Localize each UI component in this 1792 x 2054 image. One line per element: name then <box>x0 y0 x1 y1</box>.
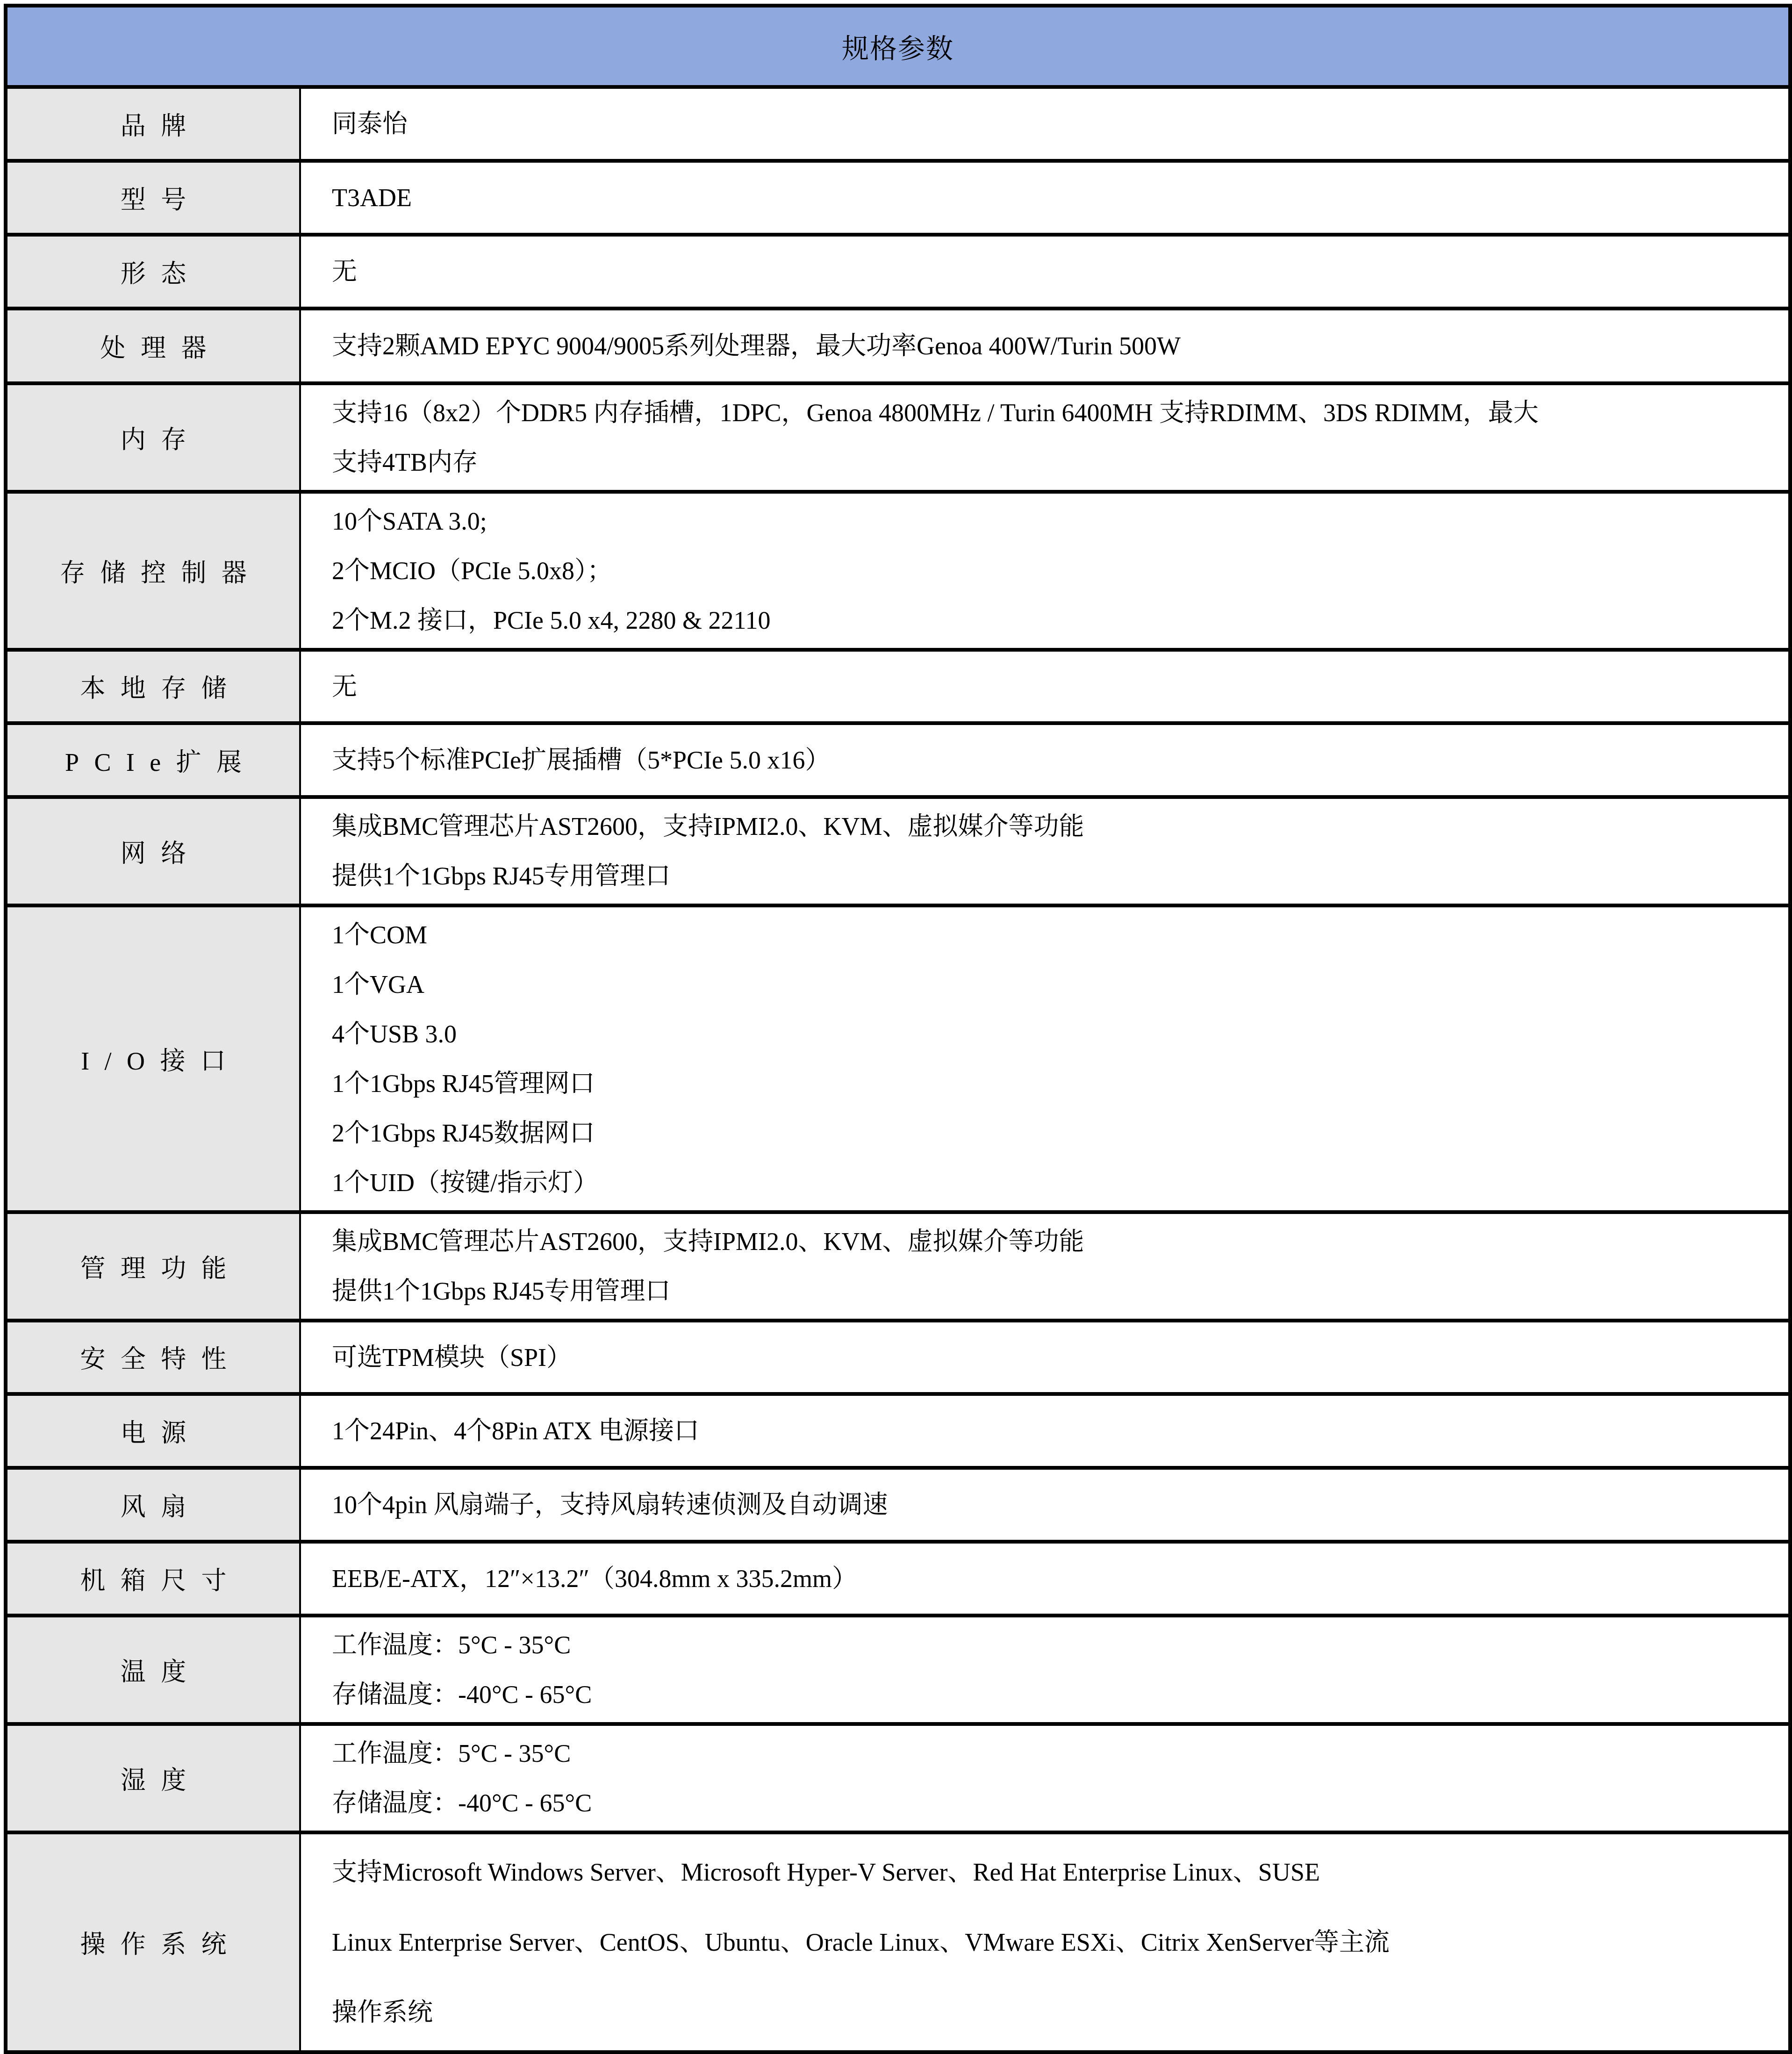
spec-value-line: Linux Enterprise Server、CentOS、Ubuntu、Or… <box>332 1907 1756 1977</box>
spec-value: 集成BMC管理芯片AST2600，支持IPMI2.0、KVM、虚拟媒介等功能提供… <box>300 797 1790 905</box>
spec-value: 可选TPM模块（SPI） <box>300 1321 1790 1394</box>
spec-row: I/O接口 1个COM1个VGA4个USB 3.01个1Gbps RJ45管理网… <box>6 905 1790 1212</box>
spec-value-line: 1个UID（按键/指示灯） <box>332 1158 1756 1207</box>
spec-label-text: 品牌 <box>121 112 201 140</box>
spec-value-line: 2个1Gbps RJ45数据网口 <box>332 1108 1756 1158</box>
spec-label-text: 电源 <box>121 1419 201 1447</box>
spec-value-line: 集成BMC管理芯片AST2600，支持IPMI2.0、KVM、虚拟媒介等功能 <box>332 1217 1756 1266</box>
spec-value-line: 存储温度：-40°C - 65°C <box>332 1670 1756 1719</box>
spec-row: 网络 集成BMC管理芯片AST2600，支持IPMI2.0、KVM、虚拟媒介等功… <box>6 797 1790 905</box>
spec-value-line: 2个MCIO（PCIe 5.0x8）； <box>332 546 1756 596</box>
spec-label: 电源 <box>6 1394 300 1468</box>
spec-row: 本地存储 无 <box>6 650 1790 723</box>
spec-row: 处理器 支持2颗AMD EPYC 9004/9005系列处理器，最大功率Geno… <box>6 309 1790 383</box>
spec-value: 10个SATA 3.0;2个MCIO（PCIe 5.0x8）；2个M.2 接口，… <box>300 492 1790 650</box>
spec-label: 网络 <box>6 797 300 905</box>
spec-value-line: 1个VGA <box>332 960 1756 1009</box>
spec-row: 湿度 工作温度：5°C - 35°C存储温度：-40°C - 65°C <box>6 1724 1790 1832</box>
spec-label: 湿度 <box>6 1724 300 1832</box>
spec-row: 安全特性 可选TPM模块（SPI） <box>6 1321 1790 1394</box>
spec-value-line: 无 <box>332 247 1756 296</box>
spec-value-line: 工作温度：5°C - 35°C <box>332 1620 1756 1670</box>
spec-value: 工作温度：5°C - 35°C存储温度：-40°C - 65°C <box>300 1616 1790 1724</box>
spec-value: 支持16（8x2）个DDR5 内存插槽，1DPC，Genoa 4800MHz /… <box>300 383 1790 492</box>
spec-value: T3ADE <box>300 161 1790 235</box>
spec-value-line: 支持16（8x2）个DDR5 内存插槽，1DPC，Genoa 4800MHz /… <box>332 388 1756 438</box>
spec-label: 安全特性 <box>6 1321 300 1394</box>
spec-row: 品牌 同泰怡 <box>6 87 1790 161</box>
spec-label-text: 湿度 <box>121 1767 201 1795</box>
spec-label: 风扇 <box>6 1468 300 1542</box>
table-title: 规格参数 <box>6 6 1790 87</box>
spec-label: 操作系统 <box>6 1832 300 2052</box>
spec-label-text: 型号 <box>121 186 201 214</box>
spec-row: 管理功能 集成BMC管理芯片AST2600，支持IPMI2.0、KVM、虚拟媒介… <box>6 1212 1790 1321</box>
spec-value-line: 10个SATA 3.0; <box>332 496 1756 546</box>
spec-value: 工作温度：5°C - 35°C存储温度：-40°C - 65°C <box>300 1724 1790 1832</box>
spec-label-text: 管理功能 <box>80 1255 242 1283</box>
spec-label: 型号 <box>6 161 300 235</box>
spec-value-line: 支持2颗AMD EPYC 9004/9005系列处理器，最大功率Genoa 40… <box>332 321 1756 371</box>
spec-value: 1个COM1个VGA4个USB 3.01个1Gbps RJ45管理网口2个1Gb… <box>300 905 1790 1212</box>
spec-sheet: 规格参数 品牌 同泰怡 型号 T3ADE 形态 无 处理器 支持2颗AMD EP… <box>4 4 1788 2054</box>
spec-value-line: 提供1个1Gbps RJ45专用管理口 <box>332 851 1756 901</box>
spec-row: 存储控制器 10个SATA 3.0;2个MCIO（PCIe 5.0x8）；2个M… <box>6 492 1790 650</box>
spec-value-line: 支持Microsoft Windows Server、Microsoft Hyp… <box>332 1837 1756 1907</box>
spec-label: I/O接口 <box>6 905 300 1212</box>
spec-value-line: 10个4pin 风扇端子，支持风扇转速侦测及自动调速 <box>332 1480 1756 1530</box>
spec-row: 风扇 10个4pin 风扇端子，支持风扇转速侦测及自动调速 <box>6 1468 1790 1542</box>
spec-label-text: 存储控制器 <box>60 559 262 587</box>
spec-label: 本地存储 <box>6 650 300 723</box>
spec-row: 操作系统 支持Microsoft Windows Server、Microsof… <box>6 1832 1790 2052</box>
spec-value-line: 支持4TB内存 <box>332 438 1756 487</box>
spec-value-line: 1个COM <box>332 910 1756 960</box>
spec-value-line: 存储温度：-40°C - 65°C <box>332 1778 1756 1828</box>
spec-value-line: 1个1Gbps RJ45管理网口 <box>332 1059 1756 1108</box>
spec-table: 规格参数 品牌 同泰怡 型号 T3ADE 形态 无 处理器 支持2颗AMD EP… <box>4 4 1792 2054</box>
spec-row: 形态 无 <box>6 235 1790 309</box>
spec-value: 10个4pin 风扇端子，支持风扇转速侦测及自动调速 <box>300 1468 1790 1542</box>
spec-label: 内存 <box>6 383 300 492</box>
spec-value: 1个24Pin、4个8Pin ATX 电源接口 <box>300 1394 1790 1468</box>
spec-label-text: 机箱尺寸 <box>80 1567 242 1595</box>
spec-value-line: 4个USB 3.0 <box>332 1009 1756 1059</box>
spec-value: 集成BMC管理芯片AST2600，支持IPMI2.0、KVM、虚拟媒介等功能提供… <box>300 1212 1790 1321</box>
spec-value-line: 提供1个1Gbps RJ45专用管理口 <box>332 1266 1756 1316</box>
spec-value: 无 <box>300 650 1790 723</box>
spec-label: 管理功能 <box>6 1212 300 1321</box>
spec-value-line: 1个24Pin、4个8Pin ATX 电源接口 <box>332 1406 1756 1456</box>
table-header-row: 规格参数 <box>6 6 1790 87</box>
spec-value-line: 无 <box>332 662 1756 711</box>
spec-value-line: 可选TPM模块（SPI） <box>332 1333 1756 1382</box>
spec-label: 处理器 <box>6 309 300 383</box>
spec-value: 支持5个标准PCIe扩展插槽（5*PCIe 5.0 x16） <box>300 723 1790 797</box>
spec-label: 存储控制器 <box>6 492 300 650</box>
spec-label-text: 网络 <box>121 840 201 868</box>
spec-label: 温度 <box>6 1616 300 1724</box>
spec-label: 品牌 <box>6 87 300 161</box>
spec-label: PCIe扩展 <box>6 723 300 797</box>
spec-value-line: EEB/E-ATX，12″×13.2″（304.8mm x 335.2mm） <box>332 1554 1756 1603</box>
spec-label-text: 操作系统 <box>80 1931 242 1959</box>
spec-value-line: T3ADE <box>332 173 1756 223</box>
spec-row: 电源 1个24Pin、4个8Pin ATX 电源接口 <box>6 1394 1790 1468</box>
spec-row: PCIe扩展 支持5个标准PCIe扩展插槽（5*PCIe 5.0 x16） <box>6 723 1790 797</box>
spec-value-line: 同泰怡 <box>332 99 1756 149</box>
spec-value: 无 <box>300 235 1790 309</box>
spec-value-line: 工作温度：5°C - 35°C <box>332 1729 1756 1778</box>
spec-value-line: 操作系统 <box>332 1977 1756 2047</box>
spec-row: 温度 工作温度：5°C - 35°C存储温度：-40°C - 65°C <box>6 1616 1790 1724</box>
spec-label-text: 风扇 <box>121 1493 201 1521</box>
spec-row: 内存 支持16（8x2）个DDR5 内存插槽，1DPC，Genoa 4800MH… <box>6 383 1790 492</box>
spec-label-text: 安全特性 <box>80 1345 242 1373</box>
spec-row: 型号 T3ADE <box>6 161 1790 235</box>
spec-value: 支持Microsoft Windows Server、Microsoft Hyp… <box>300 1832 1790 2052</box>
spec-label-text: 形态 <box>121 260 201 288</box>
spec-value: 同泰怡 <box>300 87 1790 161</box>
spec-label-text: 内存 <box>121 426 201 454</box>
spec-label-text: 处理器 <box>100 334 222 362</box>
spec-value: EEB/E-ATX，12″×13.2″（304.8mm x 335.2mm） <box>300 1542 1790 1616</box>
spec-label: 形态 <box>6 235 300 309</box>
spec-label-text: I/O接口 <box>81 1047 241 1075</box>
spec-label-text: 本地存储 <box>80 675 242 703</box>
spec-label-text: PCIe扩展 <box>65 748 257 776</box>
spec-value-line: 支持5个标准PCIe扩展插槽（5*PCIe 5.0 x16） <box>332 735 1756 785</box>
spec-value: 支持2颗AMD EPYC 9004/9005系列处理器，最大功率Genoa 40… <box>300 309 1790 383</box>
spec-value-line: 2个M.2 接口，PCIe 5.0 x4, 2280 & 22110 <box>332 596 1756 645</box>
spec-row: 机箱尺寸 EEB/E-ATX，12″×13.2″（304.8mm x 335.2… <box>6 1542 1790 1616</box>
spec-label: 机箱尺寸 <box>6 1542 300 1616</box>
spec-label-text: 温度 <box>121 1658 201 1686</box>
spec-value-line: 集成BMC管理芯片AST2600，支持IPMI2.0、KVM、虚拟媒介等功能 <box>332 802 1756 851</box>
